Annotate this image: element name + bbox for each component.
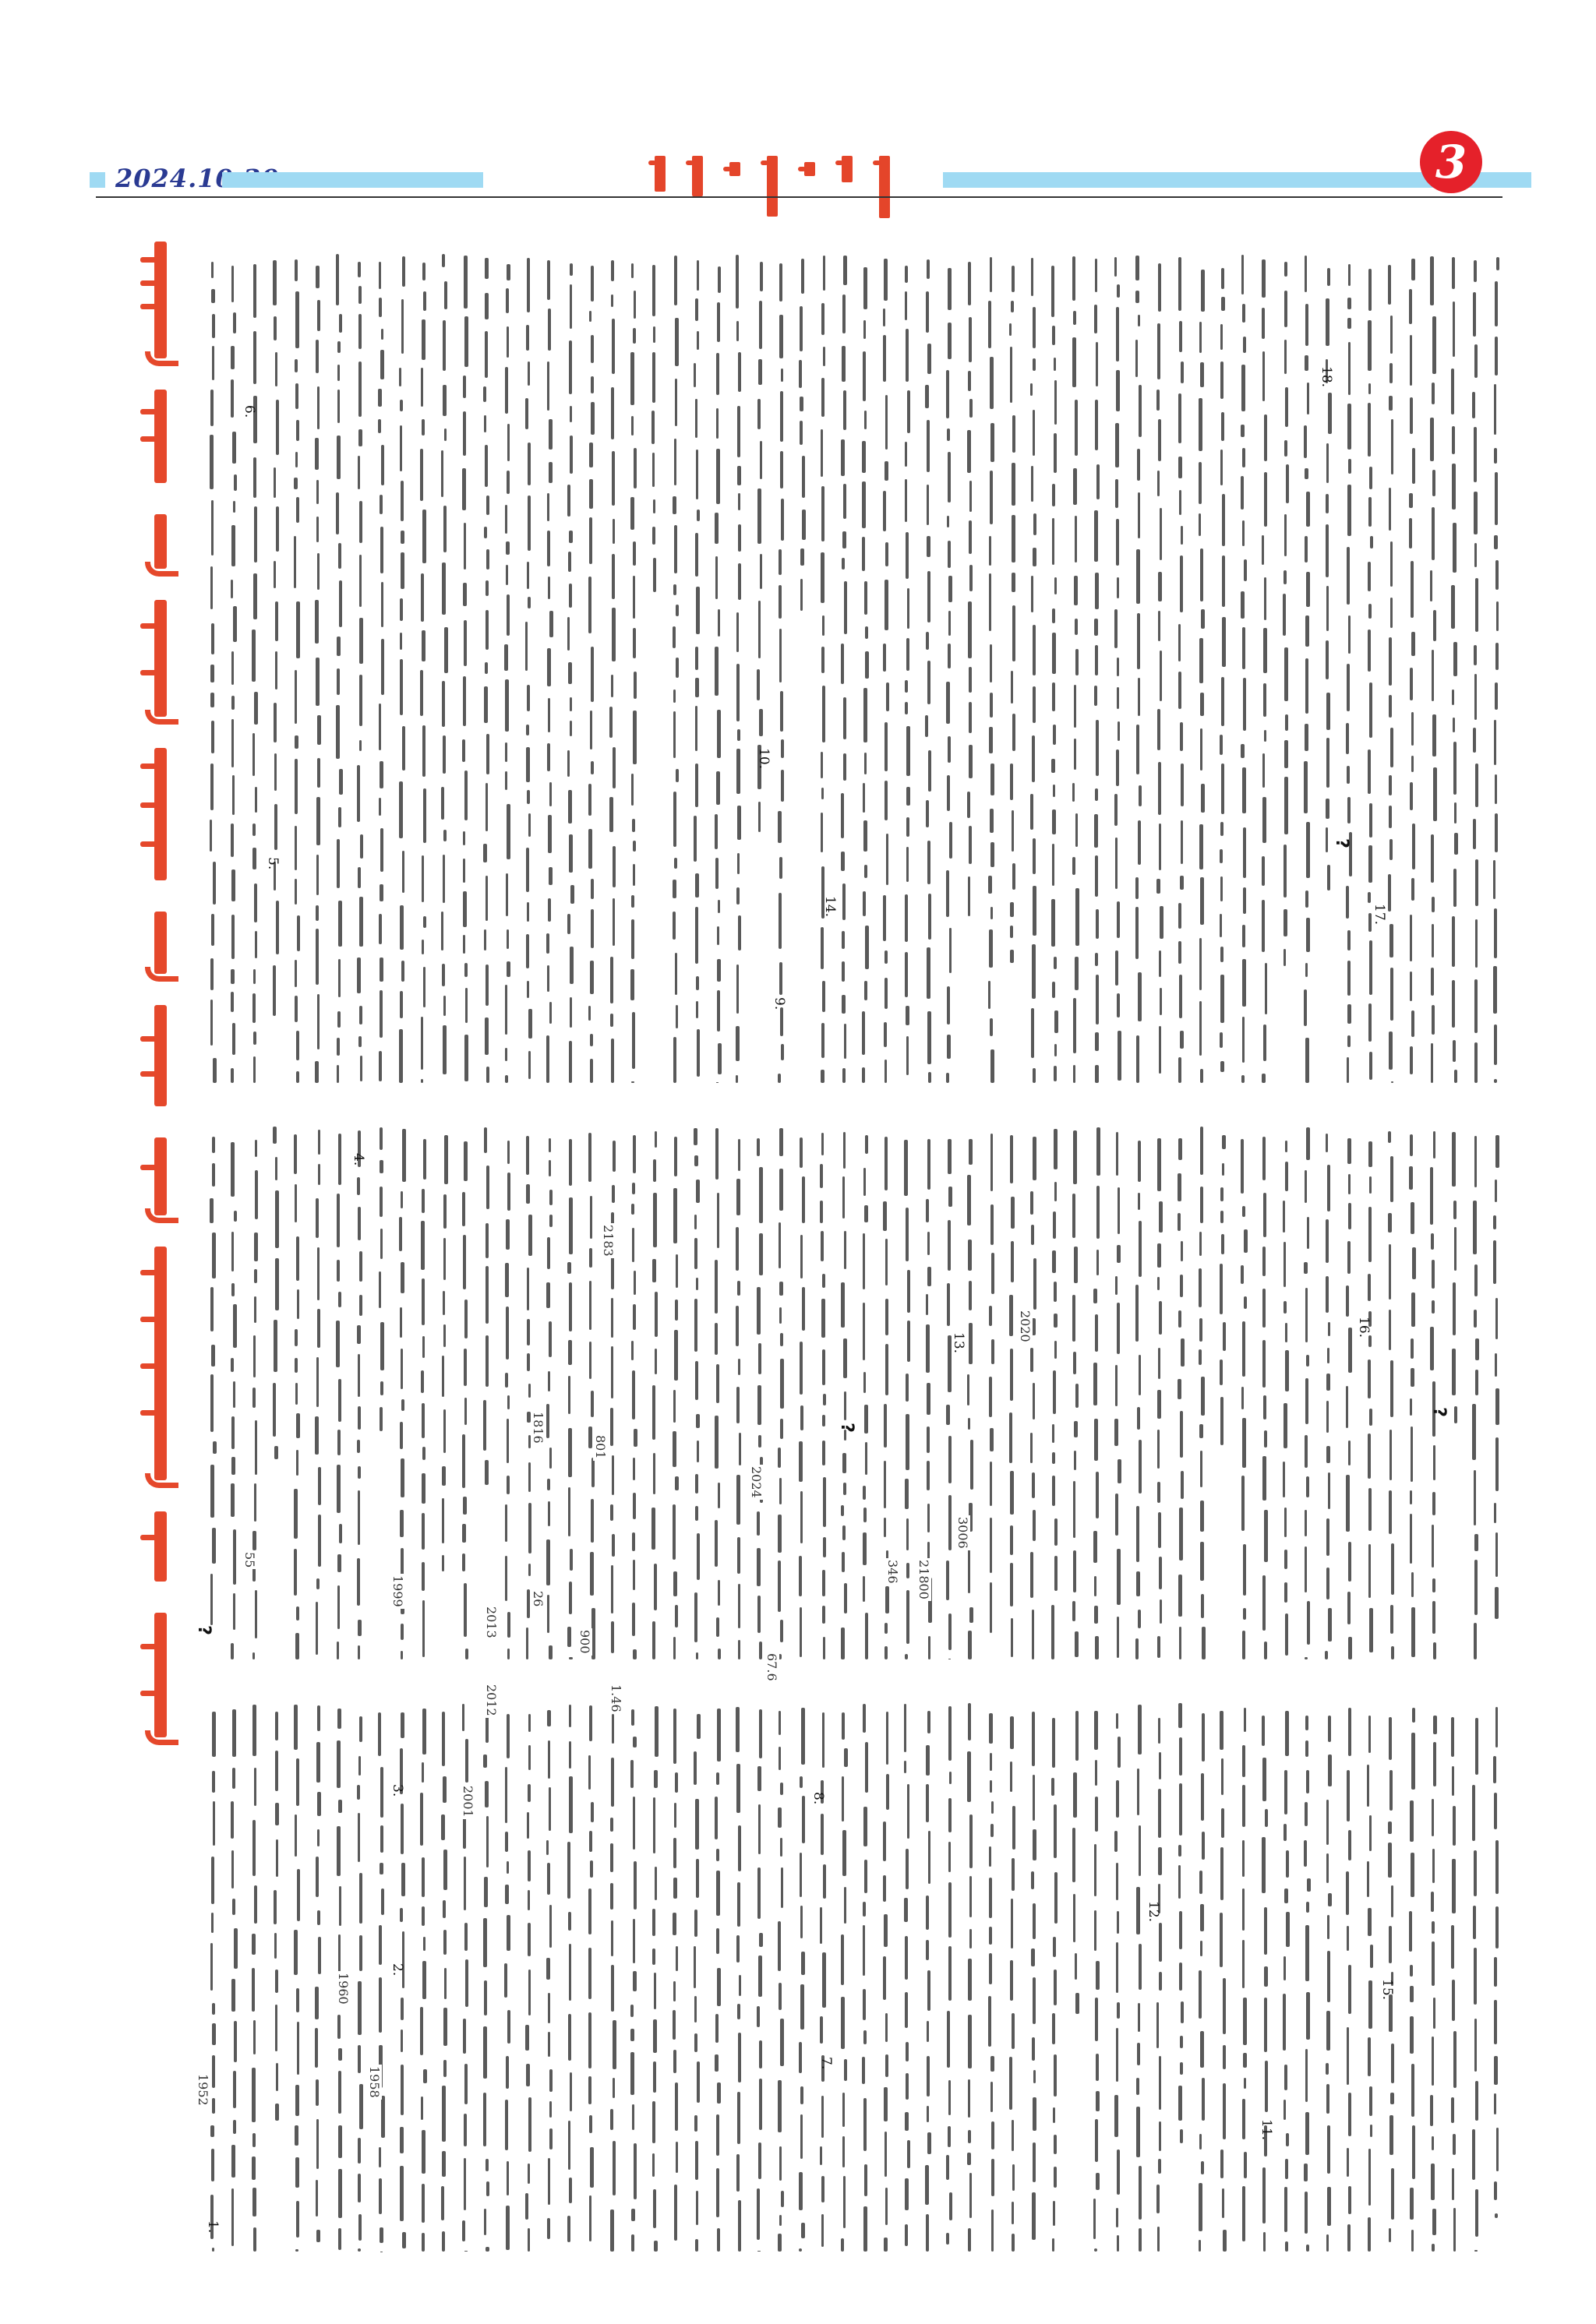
text-line [1094, 249, 1096, 1091]
text-line [1473, 249, 1474, 1091]
text-line [884, 1122, 885, 1667]
header-rule [96, 196, 1502, 198]
text-line [1326, 1122, 1327, 1667]
text-band [204, 1698, 1506, 2259]
text-line [505, 1122, 507, 1667]
numeral: 67.6 [764, 1652, 779, 1683]
text-line [1136, 1698, 1138, 2259]
text-line [736, 1122, 738, 1667]
text-line [1284, 1698, 1285, 2259]
text-line [1178, 249, 1180, 1091]
text-line [442, 1698, 443, 2259]
section-number: 15. [1379, 1979, 1395, 2000]
section-number: 12. [1146, 1901, 1161, 1922]
numeral: 1952 [196, 2072, 210, 2107]
text-line [1389, 249, 1390, 1091]
text-line [1115, 1698, 1117, 2259]
masthead-glyph [879, 156, 890, 218]
text-line [631, 249, 633, 1091]
numeral: 2001 [461, 1784, 475, 1819]
text-line [547, 1698, 549, 2259]
text-line [715, 1122, 717, 1667]
text-line [1073, 249, 1075, 1091]
text-line [926, 1698, 927, 2259]
section-number: 4. [351, 1153, 366, 1166]
text-line [1136, 1122, 1138, 1667]
text-line [1368, 1122, 1369, 1667]
text-line [231, 1122, 233, 1667]
text-line [274, 1698, 275, 2259]
text-line [779, 249, 780, 1091]
text-line [1010, 1122, 1012, 1667]
section-number: 14. [822, 896, 838, 917]
text-band [204, 249, 1506, 1091]
numeral: 55 [242, 1550, 257, 1569]
text-line [463, 1698, 464, 2259]
text-line [295, 1698, 296, 2259]
text-line [947, 249, 948, 1091]
text-line [1220, 1122, 1222, 1667]
text-line [863, 249, 864, 1091]
text-line [589, 1122, 591, 1667]
text-line [274, 1122, 275, 1667]
text-line [400, 249, 401, 1091]
text-line [779, 1698, 780, 2259]
text-line [736, 1698, 738, 2259]
text-line [1094, 1698, 1096, 2259]
text-line [568, 249, 570, 1091]
text-line [947, 1122, 948, 1667]
text-line [947, 1698, 948, 2259]
masthead-glyph [842, 156, 853, 182]
numeral: 26 [531, 1589, 546, 1608]
text-line [610, 1122, 612, 1667]
section-number: 9. [772, 997, 787, 1010]
headline-word [134, 912, 182, 974]
text-line [1284, 1122, 1285, 1667]
text-line [400, 1698, 401, 2259]
text-line [1473, 1698, 1474, 2259]
text-line [652, 249, 654, 1091]
header-bar-right [943, 172, 1488, 188]
numeral: 1999 [390, 1574, 405, 1609]
text-line [379, 249, 380, 1091]
text-line [757, 1698, 759, 2259]
text-line [274, 249, 275, 1091]
text-line [968, 1122, 969, 1667]
numeral: 3006 [955, 1515, 970, 1550]
numeral: 2024 [749, 1465, 764, 1500]
numeral: 346 [885, 1558, 900, 1585]
text-line [484, 1698, 486, 2259]
text-line [1347, 249, 1348, 1091]
text-line [989, 249, 990, 1091]
text-line [673, 1122, 675, 1667]
text-line [1389, 1122, 1390, 1667]
text-line [463, 249, 464, 1091]
text-line [631, 1122, 633, 1667]
text-line [316, 1122, 317, 1667]
numeral: 1.46 [609, 1683, 623, 1714]
text-line [1305, 1122, 1306, 1667]
text-line [800, 249, 801, 1091]
text-line [1368, 1698, 1369, 2259]
text-line [337, 249, 338, 1091]
text-line [1178, 1698, 1180, 2259]
section-number: 16. [1356, 1317, 1372, 1338]
text-line [1073, 1698, 1075, 2259]
text-line [484, 1122, 486, 1667]
question-mark: ? [837, 1423, 856, 1433]
numeral: 2012 [484, 1683, 499, 1718]
section-number: 7. [818, 2057, 834, 2069]
page-number-badge: 3 [1420, 131, 1482, 193]
text-line [231, 1698, 233, 2259]
text-line [210, 1698, 212, 2259]
text-line [1494, 1698, 1495, 2259]
headline-word [134, 1247, 182, 1480]
text-line [210, 249, 212, 1091]
text-line [1052, 1698, 1054, 2259]
text-line [1031, 1698, 1033, 2259]
text-line [694, 1698, 696, 2259]
text-line [210, 1122, 212, 1667]
text-line [1410, 1698, 1411, 2259]
numeral: 2013 [484, 1605, 499, 1640]
text-line [884, 249, 885, 1091]
text-line [842, 249, 843, 1091]
text-line [821, 1698, 822, 2259]
text-line [1157, 1122, 1159, 1667]
text-line [568, 1698, 570, 2259]
text-line [1431, 1122, 1432, 1667]
page-header: 2024.10.30 3 [0, 0, 1596, 203]
text-line [736, 249, 738, 1091]
numeral: 1816 [531, 1410, 546, 1445]
text-line [589, 249, 591, 1091]
text-line [1115, 249, 1117, 1091]
text-line [757, 249, 759, 1091]
text-line [673, 249, 675, 1091]
text-line [1452, 249, 1453, 1091]
text-line [337, 1122, 338, 1667]
text-line [1326, 1698, 1327, 2259]
text-line [1305, 1698, 1306, 2259]
text-line [800, 1122, 801, 1667]
text-line [1347, 1698, 1348, 2259]
text-line [1073, 1122, 1075, 1667]
text-line [421, 1122, 422, 1667]
text-line [779, 1122, 780, 1667]
text-line [1494, 1122, 1495, 1667]
section-number: 8. [810, 1792, 826, 1804]
text-line [1220, 1698, 1222, 2259]
section-number: 11. [1259, 2119, 1274, 2140]
text-line [1115, 1122, 1117, 1667]
text-line [715, 249, 717, 1091]
text-line [1031, 1122, 1033, 1667]
text-line [252, 249, 254, 1091]
text-line [1241, 1122, 1243, 1667]
text-line [1262, 1698, 1264, 2259]
text-line [1473, 1122, 1474, 1667]
text-line [526, 1698, 528, 2259]
text-line [1305, 249, 1306, 1091]
text-line [821, 1122, 822, 1667]
text-line [800, 1698, 801, 2259]
text-line [1199, 1698, 1201, 2259]
text-line [358, 249, 359, 1091]
text-line [547, 1122, 549, 1667]
text-line [610, 1698, 612, 2259]
text-line [631, 1698, 633, 2259]
text-line [610, 249, 612, 1091]
text-line [968, 1698, 969, 2259]
headline-word [134, 748, 182, 880]
text-line [715, 1698, 717, 2259]
section-number: 10. [756, 748, 772, 769]
text-line [694, 249, 696, 1091]
header-bar-left-stub [90, 172, 105, 188]
text-line [358, 1698, 359, 2259]
text-line [905, 1122, 906, 1667]
section-number: 1. [205, 2220, 221, 2233]
masthead-glyph [692, 156, 703, 196]
text-line [905, 249, 906, 1091]
text-line [252, 1698, 254, 2259]
masthead-glyph [767, 156, 778, 217]
section-number: 6. [242, 405, 257, 418]
text-line [1094, 1122, 1096, 1667]
text-line [1347, 1122, 1348, 1667]
question-mark: ? [194, 1625, 214, 1635]
text-line [505, 1698, 507, 2259]
text-line [484, 249, 486, 1091]
numeral: 900 [577, 1628, 592, 1656]
masthead-glyph [655, 156, 666, 192]
text-line [673, 1698, 675, 2259]
text-line [1431, 1698, 1432, 2259]
section-number: 3. [390, 1784, 405, 1797]
text-line [316, 1698, 317, 2259]
headline-word [134, 600, 182, 717]
text-line [842, 1698, 843, 2259]
section-number: 2. [390, 1963, 405, 1976]
text-line [379, 1122, 380, 1667]
text-line [1136, 249, 1138, 1091]
text-line [989, 1698, 990, 2259]
text-line [358, 1122, 359, 1667]
text-line [1452, 1122, 1453, 1667]
text-line [1052, 1122, 1054, 1667]
masthead-glyph [729, 162, 740, 176]
headline-word [134, 1613, 182, 1737]
header-bar-left [222, 172, 483, 188]
text-line [442, 1122, 443, 1667]
headline-word [134, 390, 182, 483]
text-line [231, 249, 233, 1091]
headline-word [134, 1005, 182, 1106]
masthead-glyph [804, 162, 815, 176]
text-line [1220, 249, 1222, 1091]
text-line [968, 249, 969, 1091]
text-line [1262, 1122, 1264, 1667]
text-line [1031, 249, 1033, 1091]
section-number: 13. [951, 1332, 966, 1353]
text-line [1157, 249, 1159, 1091]
text-line [379, 1698, 380, 2259]
text-line [1010, 249, 1012, 1091]
text-line [757, 1122, 759, 1667]
text-line [295, 249, 296, 1091]
text-line [1241, 1698, 1243, 2259]
headline-word [134, 1137, 182, 1215]
text-line [1010, 1698, 1012, 2259]
text-line [989, 1122, 990, 1667]
headline-word [134, 514, 182, 569]
section-number: 5. [265, 857, 281, 869]
numeral: 801 [593, 1434, 608, 1461]
text-line [652, 1698, 654, 2259]
text-line [1494, 249, 1495, 1091]
text-line [905, 1698, 906, 2259]
text-line [1410, 249, 1411, 1091]
text-line [863, 1122, 864, 1667]
headline-word [134, 1511, 182, 1582]
text-line [694, 1122, 696, 1667]
text-line [316, 249, 317, 1091]
text-line [295, 1122, 296, 1667]
headline-word [134, 242, 182, 358]
text-line [1410, 1122, 1411, 1667]
text-line [1452, 1698, 1453, 2259]
text-line [1431, 249, 1432, 1091]
question-mark: ? [1429, 1407, 1449, 1417]
text-line [926, 249, 927, 1091]
text-line [1199, 1122, 1201, 1667]
question-mark: ? [1332, 838, 1351, 848]
text-line [505, 249, 507, 1091]
text-line [842, 1122, 843, 1667]
text-line [442, 249, 443, 1091]
text-line [1052, 249, 1054, 1091]
text-line [463, 1122, 464, 1667]
header-bar-right-stub [1488, 172, 1531, 188]
numeral: 2020 [1018, 1309, 1033, 1344]
text-line [526, 1122, 528, 1667]
numeral: 21800 [916, 1558, 931, 1601]
numeral: 2183 [601, 1223, 616, 1258]
text-line [1241, 249, 1243, 1091]
text-line [568, 1122, 570, 1667]
text-line [421, 249, 422, 1091]
text-line [1178, 1122, 1180, 1667]
text-line [884, 1698, 885, 2259]
text-line [547, 249, 549, 1091]
text-line [652, 1122, 654, 1667]
numeral: 1960 [336, 1971, 351, 2006]
text-line [821, 249, 822, 1091]
text-line [589, 1698, 591, 2259]
text-line [1262, 249, 1264, 1091]
text-line [1199, 249, 1201, 1091]
text-line [526, 249, 528, 1091]
numeral: 1958 [367, 2065, 382, 2100]
text-line [252, 1122, 254, 1667]
masthead-mongolian-title [655, 156, 890, 218]
text-line [1157, 1698, 1159, 2259]
section-number: 18. [1319, 366, 1334, 387]
text-line [1284, 249, 1285, 1091]
text-line [421, 1698, 422, 2259]
text-line [863, 1698, 864, 2259]
text-line [1368, 249, 1369, 1091]
headline-vertical-red [115, 242, 201, 2236]
section-number: 17. [1372, 904, 1387, 925]
